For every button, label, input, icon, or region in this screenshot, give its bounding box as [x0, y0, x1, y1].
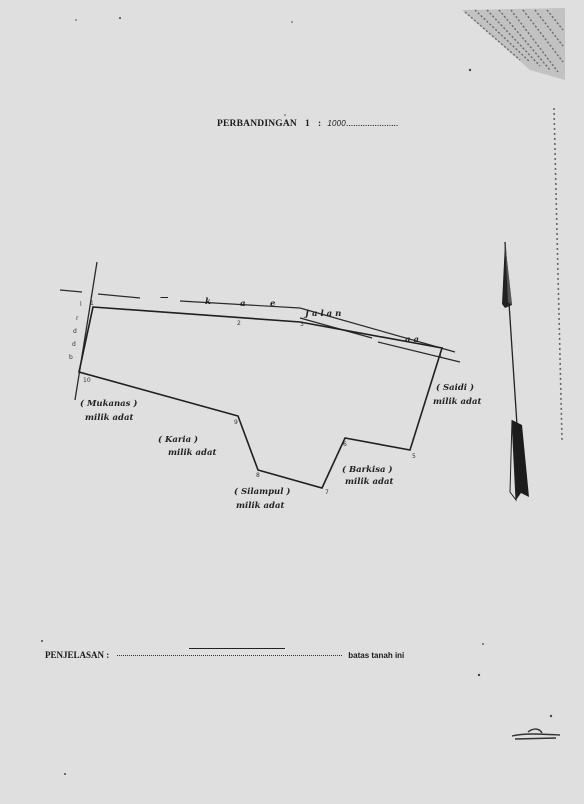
neighbor-status: milik adat: [85, 413, 133, 423]
neighbor-status: milik adat: [236, 501, 284, 511]
legend: PENJELASAN : batas tanah ini: [45, 650, 404, 660]
legend-description: batas tanah ini: [348, 651, 404, 660]
boundary-line-symbol: [117, 651, 342, 656]
svg-text:9: 9: [234, 419, 238, 426]
neighbor-labels: ( Mukanas ) milik adat ( Karia ) milik a…: [80, 382, 481, 511]
hatched-corner-artifact: [462, 8, 565, 80]
svg-text:1: 1: [90, 300, 94, 307]
svg-text:2: 2: [237, 320, 241, 327]
side-road-label: l r d d b: [69, 301, 82, 361]
svg-text:5: 5: [412, 453, 416, 460]
neighbor-name: ( Mukanas ): [80, 398, 137, 409]
side-road: [60, 262, 97, 400]
svg-text:3: 3: [300, 321, 304, 328]
neighbor-name: ( Barkisa ): [342, 464, 393, 475]
neighbor-status: milik adat: [168, 448, 216, 458]
svg-text:r: r: [76, 315, 79, 322]
scan-speckles: [41, 17, 552, 775]
scale-ratio-left: 1: [305, 119, 310, 129]
svg-text:e: e: [270, 299, 276, 309]
svg-text:k: k: [205, 297, 211, 307]
neighbor-name: ( Karia ): [158, 434, 198, 445]
neighbor-status: milik adat: [433, 397, 481, 407]
svg-text:7: 7: [325, 489, 329, 496]
margin-edge-artifact: [554, 108, 562, 440]
north-arrow-icon: [502, 242, 529, 500]
svg-text:d: d: [73, 328, 77, 335]
scale-separator: :: [318, 119, 321, 129]
svg-text:b: b: [69, 354, 73, 361]
svg-text:6: 6: [343, 441, 347, 448]
main-road: [98, 294, 460, 362]
neighbor-name: ( Saidi ): [436, 382, 474, 393]
svg-text:a: a: [240, 299, 246, 309]
svg-text:10: 10: [83, 377, 91, 384]
legend-label: PENJELASAN :: [45, 650, 109, 660]
svg-text:l: l: [80, 301, 82, 308]
svg-text:J a l a n: J a l a n: [303, 309, 341, 319]
signature-scribble: [512, 729, 560, 739]
svg-text:8: 8: [256, 472, 260, 479]
svg-text:d: d: [72, 341, 76, 348]
scale-ratio-value: 1000: [327, 119, 346, 128]
scale-ratio: PERBANDINGAN1:1000......................: [217, 119, 398, 129]
survey-document-page: l r d d b — k a e J a l a n a a 1 2: [0, 0, 584, 804]
svg-text:4: 4: [438, 353, 442, 360]
scale-fill-dots: ......................: [346, 119, 398, 129]
parcel-boundary: [79, 307, 442, 488]
scale-label: PERBANDINGAN: [217, 119, 297, 129]
svg-text:—: —: [160, 293, 169, 303]
neighbor-name: ( Silampul ): [234, 486, 290, 497]
neighbor-status: milik adat: [345, 477, 393, 487]
